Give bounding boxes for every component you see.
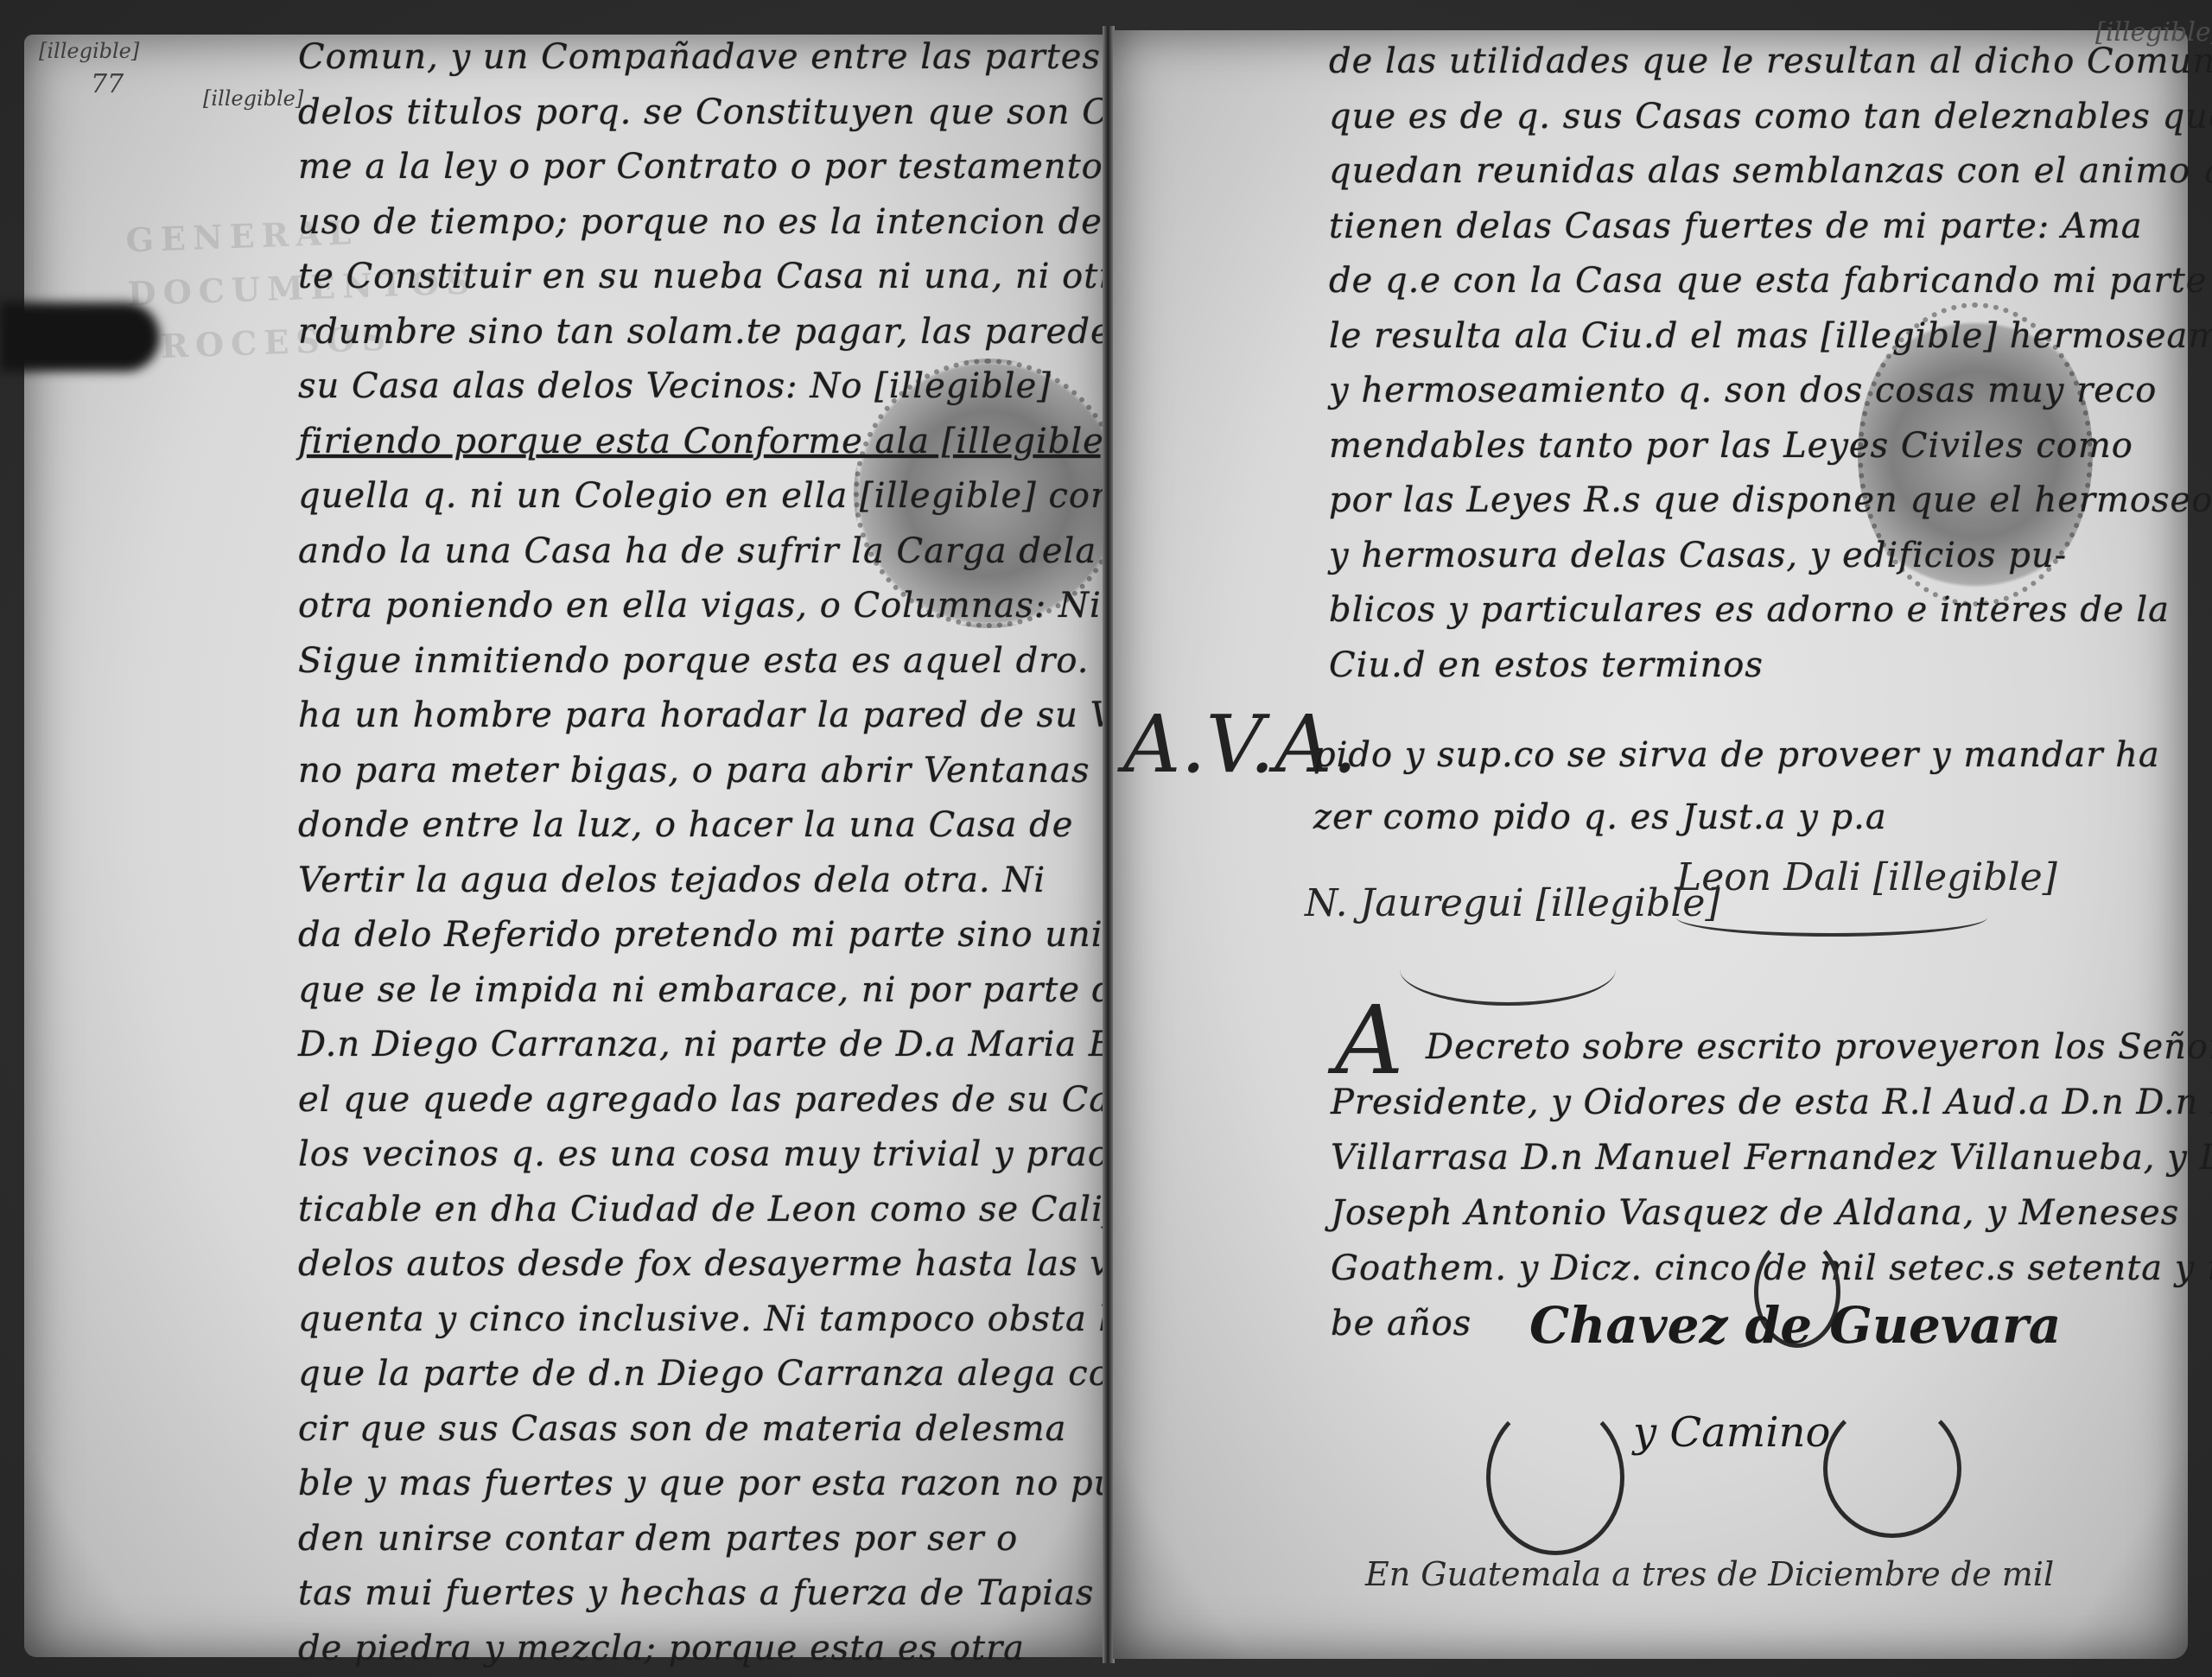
- manuscript-line: Comun, y un Compañadave entre las partes…: [298, 30, 1102, 86]
- manuscript-line: no para meter bigas, o para abrir Ventan…: [298, 744, 1102, 799]
- manuscript-line: Joseph Antonio Vasquez de Aldana, y Mene…: [1331, 1185, 2212, 1241]
- manuscript-line: donde entre la luz, o hacer la una Casa …: [298, 798, 1102, 854]
- manuscript-line: rdumbre sino tan solam.te pagar, las par…: [298, 305, 1102, 360]
- rubric-signature-name: Chavez de Guevara: [1529, 1296, 2061, 1355]
- signature: N. Jauregui [illegible]: [1305, 881, 1720, 925]
- manuscript-line: ticable en dha Ciudad de Leon como se Ca…: [298, 1183, 1102, 1238]
- manuscript-line: por las Leyes R.s que disponen que el he…: [1329, 473, 2184, 529]
- manuscript-line: pido y sup.co se sirva de proveer y mand…: [1313, 724, 2160, 786]
- manuscript-line: D.n Diego Carranza, ni parte de D.a Mari…: [298, 1018, 1102, 1073]
- manuscript-line: delos autos desde fox desayerme hasta la…: [298, 1237, 1102, 1293]
- manuscript-line: Presidente, y Oidores de esta R.l Aud.a …: [1331, 1075, 2212, 1130]
- rubric-loop-icon: [1823, 1400, 1961, 1538]
- manuscript-line: otra poniendo en ella vigas, o Columnas:…: [298, 579, 1102, 634]
- manuscript-line: Ciu.d en estos terminos: [1329, 638, 2184, 694]
- manuscript-line: su Casa alas delos Vecinos: No [illegibl…: [298, 359, 1102, 415]
- manuscript-line: que la parte de d.n Diego Carranza alega…: [298, 1347, 1102, 1402]
- manuscript-line: te Constituir en su nueba Casa ni una, n…: [298, 250, 1102, 305]
- manuscript-line: cir que sus Casas son de materia delesma: [298, 1402, 1102, 1458]
- rubric-loop-icon: [1486, 1400, 1624, 1555]
- manuscript-line: ando la una Casa ha de sufrir la Carga d…: [298, 524, 1102, 580]
- left-page-text: Comun, y un Compañadave entre las partes…: [298, 30, 1102, 1676]
- thumb-shadow: [0, 302, 160, 372]
- manuscript-line: firiendo porque esta Conforme ala [illeg…: [298, 415, 1102, 470]
- margin-note-number: 77: [91, 69, 124, 99]
- manuscript-line: blicos y particulares es adorno e intere…: [1329, 583, 2184, 638]
- manuscript-line: y hermosura delas Casas, y edificios pu-: [1329, 529, 2184, 584]
- manuscript-line: que se le impida ni embarace, ni por par…: [298, 963, 1102, 1019]
- manuscript-line: uso de tiempo; porque no es la intencion…: [298, 195, 1102, 251]
- manuscript-line: le resulta ala Ciu.d el mas [illegible] …: [1329, 309, 2184, 365]
- manuscript-line: Vertir la agua delos tejados dela otra. …: [298, 854, 1102, 909]
- manuscript-line: quedan reunidas alas semblanzas con el a…: [1329, 144, 2184, 200]
- signature-flourish-icon: [1676, 899, 1987, 937]
- manuscript-line: quella q. ni un Colegio en ella [illegib…: [298, 469, 1102, 524]
- signature-flourish-icon: [1400, 933, 1616, 1006]
- manuscript-line: de las utilidades que le resultan al dic…: [1329, 35, 2184, 90]
- manuscript-line: tas mui fuertes y hechas a fuerza de Tap…: [298, 1566, 1102, 1622]
- manuscript-line: Sigue inmitiendo porque esta es aquel dr…: [298, 634, 1102, 689]
- rubric-signature-title: y Camino: [1633, 1408, 1830, 1457]
- manuscript-line: de q.e con la Casa que esta fabricando m…: [1329, 254, 2184, 309]
- manuscript-line: Decreto sobre escrito proveyeron los Señ…: [1331, 1020, 2212, 1075]
- manuscript-line: da delo Referido pretendo mi parte sino …: [298, 908, 1102, 963]
- manuscript-line: mendables tanto por las Leyes Civiles co…: [1329, 419, 2184, 474]
- manuscript-line: de piedra y mezcla; porque esta es otra: [298, 1622, 1102, 1677]
- manuscript-line: me a la ley o por Contrato o por testame…: [298, 140, 1102, 195]
- petition-text: pido y sup.co se sirva de proveer y mand…: [1313, 724, 2160, 848]
- manuscript-line: ha un hombre para horadar la pared de su…: [298, 689, 1102, 744]
- manuscript-line: y hermoseamiento q. son dos cosas muy re…: [1329, 364, 2184, 419]
- manuscript-spread: GENERAL DOCUMENTOS PROCESOS [illegible] …: [0, 0, 2212, 1677]
- manuscript-line: den unirse contar dem partes por ser o: [298, 1512, 1102, 1567]
- manuscript-line: los vecinos q. es una cosa muy trivial y…: [298, 1128, 1102, 1183]
- manuscript-line: zer como pido q. es Just.a y p.a: [1313, 786, 2160, 848]
- manuscript-line: Villarrasa D.n Manuel Fernandez Villanue…: [1331, 1130, 2212, 1185]
- right-page-text: de las utilidades que le resultan al dic…: [1329, 35, 2184, 693]
- margin-note: [illegible]: [39, 39, 139, 63]
- manuscript-line: ble y mas fuertes y que por esta razon n…: [298, 1457, 1102, 1512]
- closing-line: En Guatemala a tres de Diciembre de mil: [1365, 1555, 2054, 1593]
- manuscript-line: tienen delas Casas fuertes de mi parte: …: [1329, 200, 2184, 255]
- signature: Leon Dali [illegible]: [1676, 855, 2057, 899]
- margin-note: [illegible]: [203, 86, 303, 111]
- manuscript-line: que es de q. sus Casas como tan deleznab…: [1329, 90, 2184, 145]
- manuscript-line: quenta y cinco inclusive. Ni tampoco obs…: [298, 1293, 1102, 1348]
- manuscript-line: el que quede agregado las paredes de su …: [298, 1073, 1102, 1128]
- manuscript-line: delos titulos porq. se Constituyen que s…: [298, 86, 1102, 141]
